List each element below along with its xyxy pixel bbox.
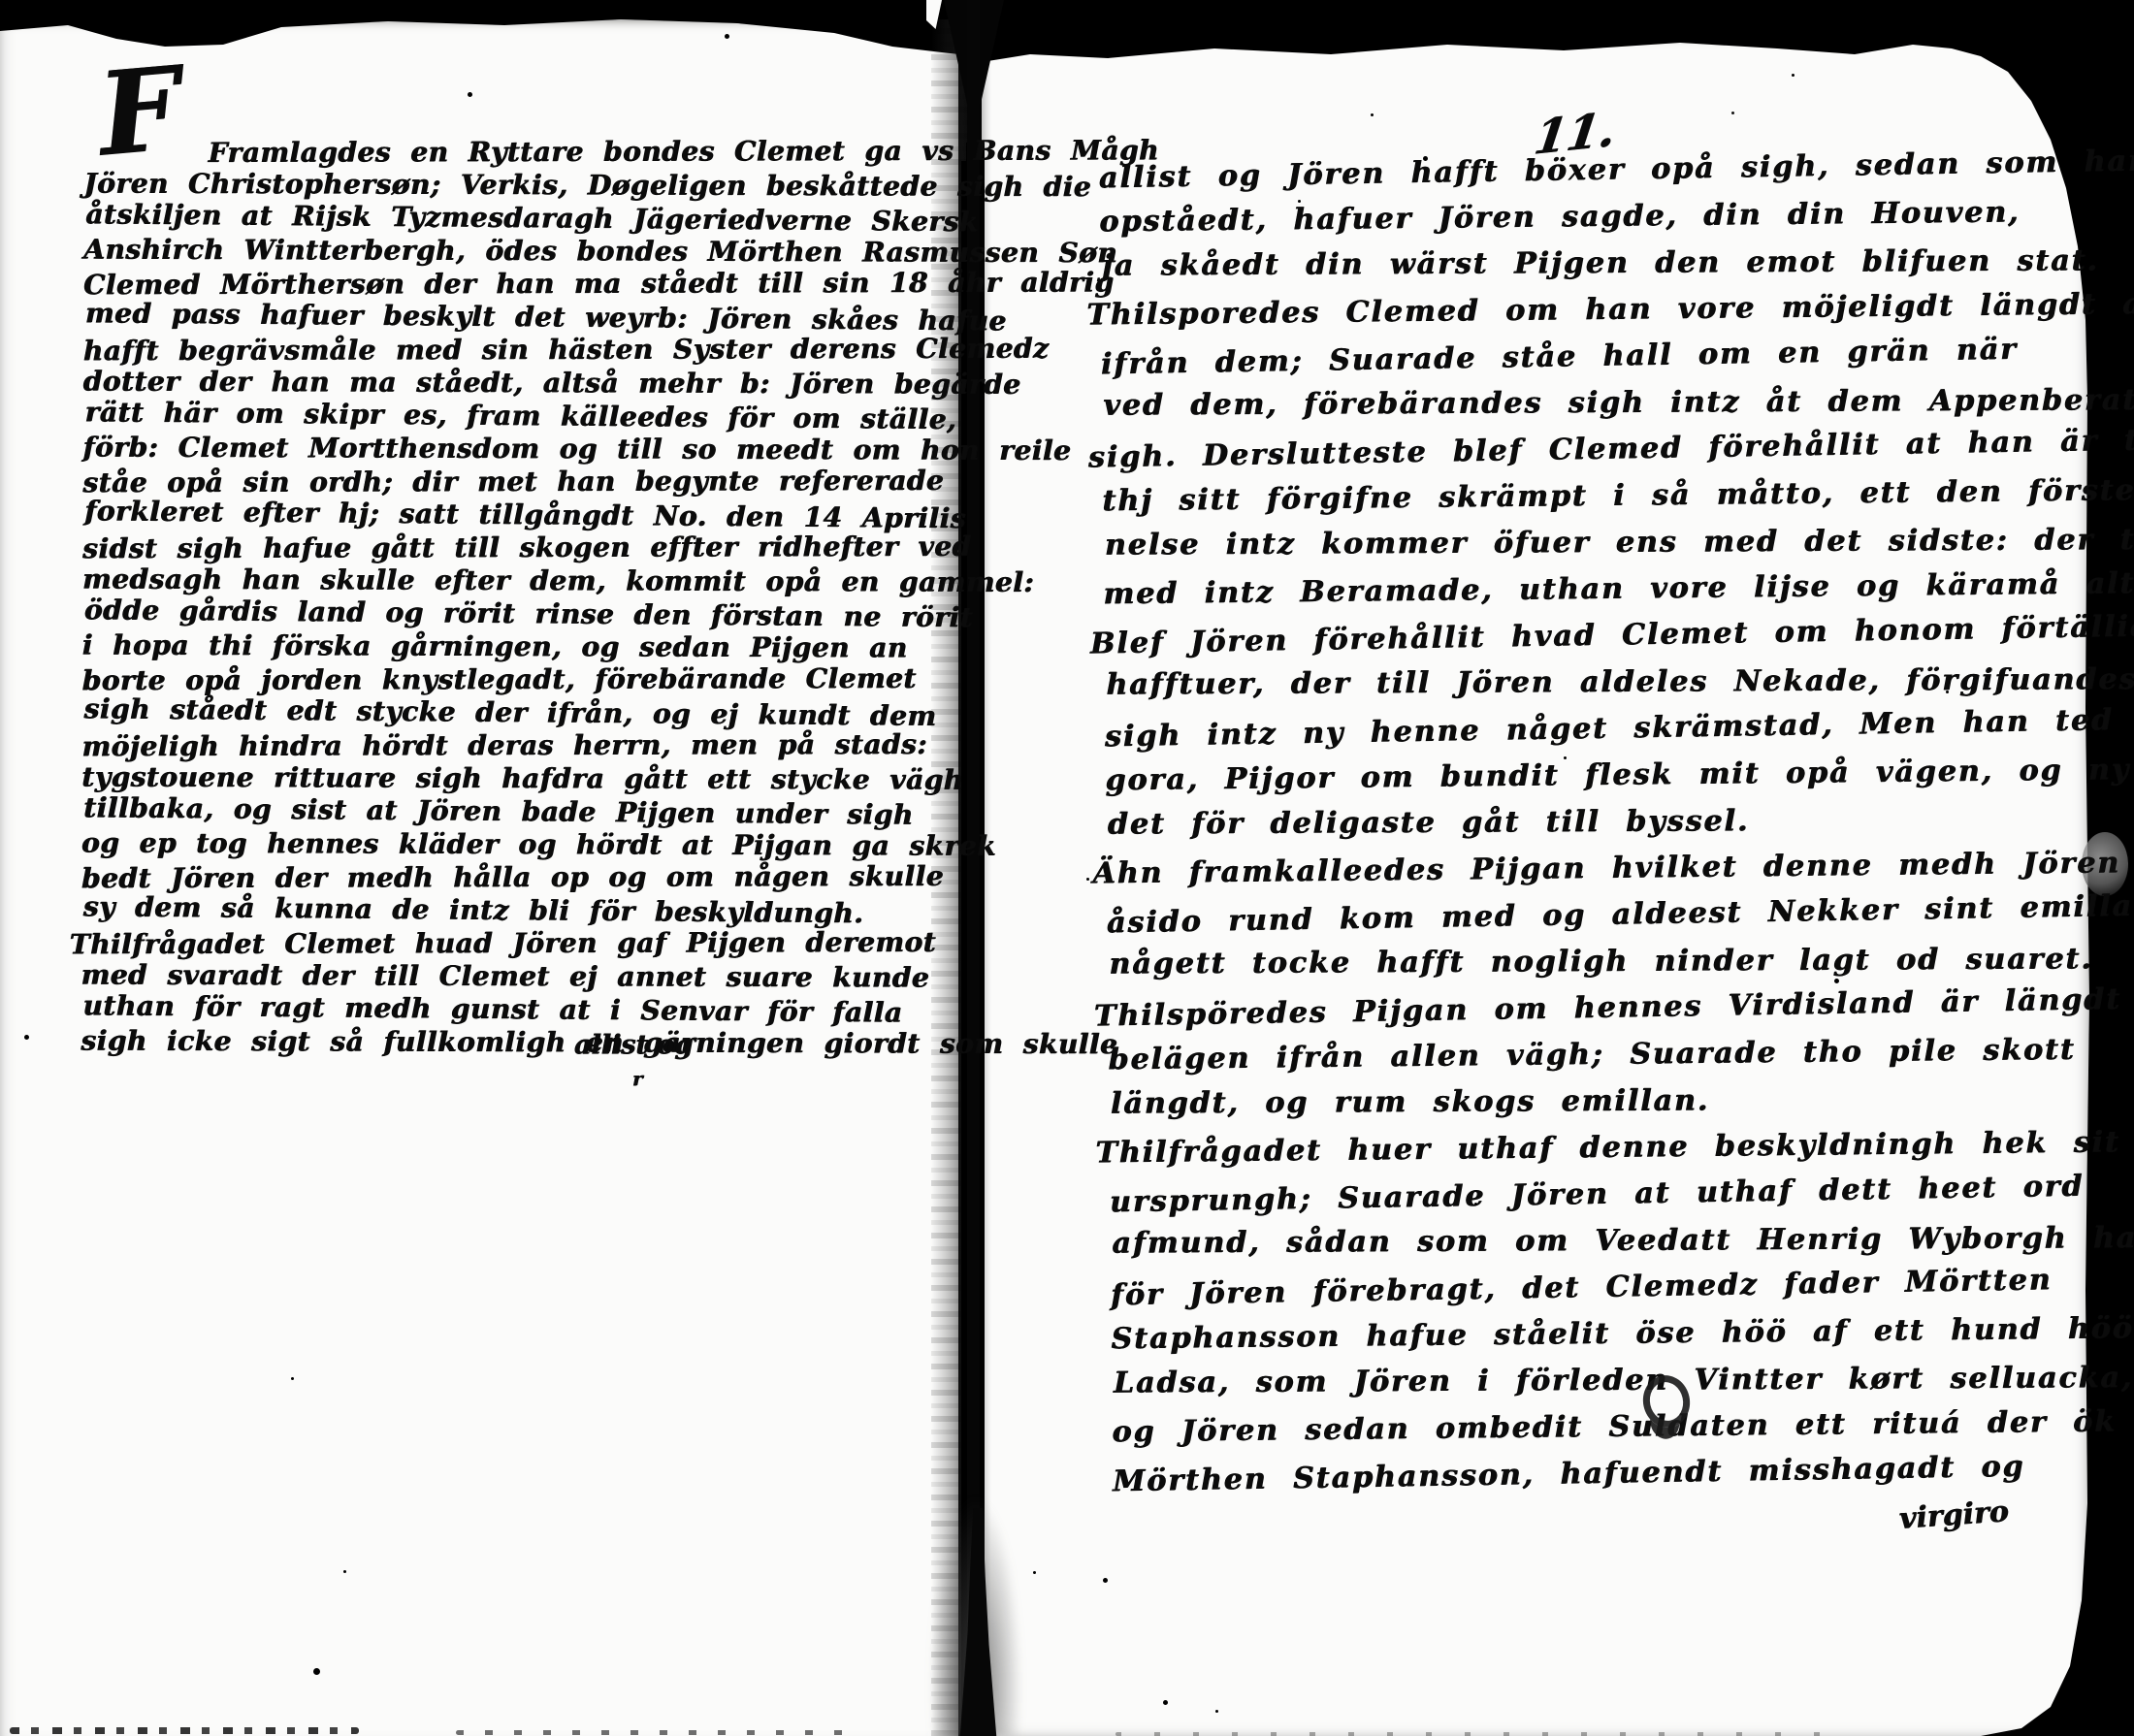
left-page-catchword-mark: r	[632, 1067, 643, 1090]
text-line: bedt Jören der medh hålla op og om någen…	[81, 860, 935, 895]
bottom-torn-edge-speckle	[10, 1727, 359, 1734]
text-line: sigh ståedt edt stycke der ifrån, og ej …	[83, 692, 937, 733]
text-line: det för deligaste gåt till byssel.	[1108, 796, 2078, 848]
text-line: förb: Clemet Mortthensdom og till so mee…	[82, 431, 936, 466]
text-line: sidst sigh hafue gått till skogen effter…	[82, 530, 936, 565]
text-line: Framlagdes en Ryttare bondes Clemet ga v…	[84, 135, 938, 170]
text-line: ja skåedt din wärst Pijgen den emot blif…	[1102, 238, 2072, 289]
text-line: og ep tog hennes kläder og hördt at Pijg…	[81, 826, 935, 862]
text-line: med svaradt der till Clemet ej annet sua…	[81, 958, 935, 994]
text-line: nelse intz kommer öfuer ens med det sids…	[1105, 517, 2075, 568]
text-line: Anshirch Wintterbergh, ödes bondes Mörth…	[83, 233, 937, 269]
ink-specks	[0, 0, 3, 3]
text-line: möjeligh hindra hördt deras herrn, men p…	[81, 728, 935, 763]
left-page-text: Framlagdes en Ryttare bondes Clemet ga v…	[81, 134, 937, 1060]
text-line: dotter der han ma ståedt, altså mehr b: …	[83, 365, 937, 401]
text-line: åtskiljen at Rijsk Tyzmesdaragh Jägeried…	[85, 198, 939, 239]
text-line: Ladsa, som Jören i förleden Vintter kørt…	[1114, 1355, 2084, 1406]
bottom-torn-edge-speckle	[456, 1730, 863, 1735]
bottom-torn-edge-speckle	[1115, 1732, 1853, 1736]
text-line: borte opå jorden knystlegadt, förebärand…	[82, 662, 936, 697]
left-page-catchword: allist og	[574, 1030, 693, 1060]
text-line: ståe opå sin ordh; dir met han begynte r…	[82, 465, 936, 499]
text-line: ödde gårdis land og rörit rinse den förs…	[84, 594, 938, 634]
text-line: forkleret efter hj; satt tillgångdt No. …	[84, 495, 938, 535]
text-line: rätt här om skipr es, fram källeedes för…	[85, 396, 939, 436]
text-line: sy dem så kunna de intz bli för beskyldu…	[83, 890, 937, 931]
text-line: hafft begrävsmåle med sin hästen Syster …	[83, 333, 937, 368]
text-line: sigh icke sigt så fullkomligh en gärning…	[81, 1024, 934, 1060]
text-line: tillbaka, og sist at Jören bade Pijgen u…	[83, 791, 937, 832]
text-line: Thilfrågadet Clemet huad Jören gaf Pijge…	[70, 926, 935, 961]
text-line: tygstouene rittuare sigh hafdra gått ett…	[81, 760, 935, 796]
right-page-text: allist og Jören hafft böxer opå sigh, se…	[1099, 143, 2084, 1502]
text-line: längdt, og rum skogs emillan.	[1111, 1076, 2081, 1127]
text-line: i hopa thi förska gårningen, og sedan Pi…	[82, 628, 936, 664]
text-line: Jören Christophersøn; Verkis, Døgeligen …	[83, 167, 937, 203]
text-line: uthan för ragt medh gunst at i Senvar fö…	[82, 989, 936, 1030]
text-line: Clemed Mörthersøn der han ma ståedt till…	[83, 267, 937, 302]
text-line: med pass hafuer beskylt det weyrb: Jören…	[85, 297, 939, 338]
manuscript-scan: F Framlagdes en Ryttare bondes Clemet ga…	[0, 0, 2134, 1736]
text-line: medsagh han skulle efter dem, kommit opå…	[82, 563, 936, 598]
